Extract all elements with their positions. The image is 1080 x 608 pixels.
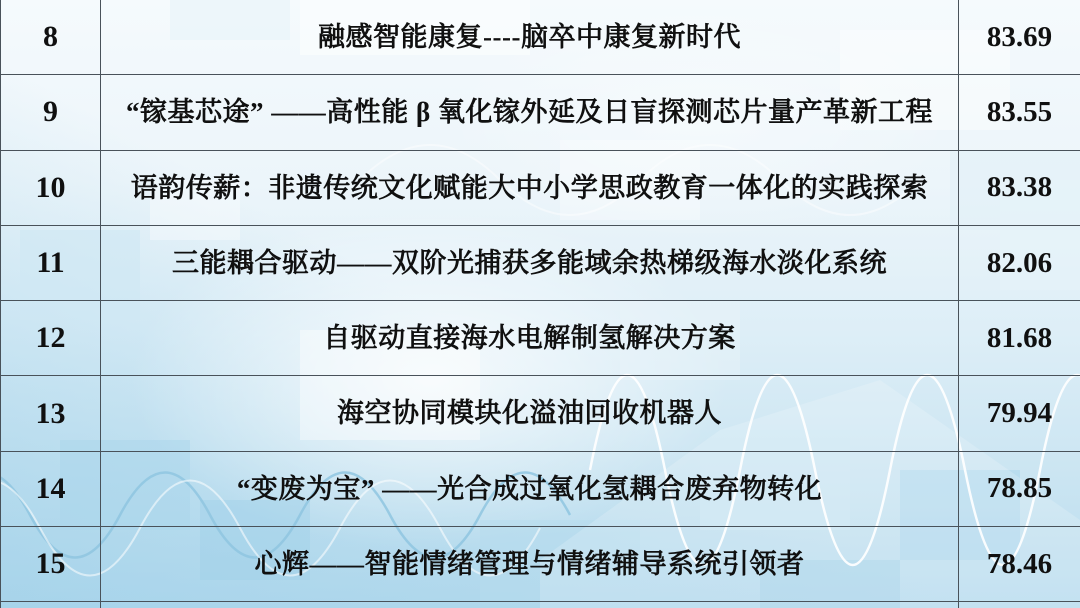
score-cell: 78.46 (958, 527, 1080, 601)
title-cell: 语韵传薪：非遗传统文化赋能大中小学思政教育一体化的实践探索 (101, 151, 958, 225)
score-cell: 83.69 (958, 0, 1080, 74)
title-cell: 三能耦合驱动——双阶光捕获多能域余热梯级海水淡化系统 (101, 226, 958, 300)
rank-cell: 11 (0, 226, 101, 300)
score-cell: 81.68 (958, 301, 1080, 375)
rank-cell: 9 (0, 75, 101, 149)
rank-cell: 14 (0, 452, 101, 526)
table-row: 11 三能耦合驱动——双阶光捕获多能域余热梯级海水淡化系统 82.06 (0, 226, 1080, 301)
rank-cell: 8 (0, 0, 101, 74)
ranking-table: 8 融感智能康复----脑卒中康复新时代 83.69 9 “镓基芯途” ——高性… (0, 0, 1080, 608)
ranking-page: 8 融感智能康复----脑卒中康复新时代 83.69 9 “镓基芯途” ——高性… (0, 0, 1080, 608)
title-cell: “镓基芯途” ——高性能 β 氧化镓外延及日盲探测芯片量产革新工程 (101, 75, 958, 149)
title-cell: 心辉——智能情绪管理与情绪辅导系统引领者 (101, 527, 958, 601)
table-row: 13 海空协同模块化溢油回收机器人 79.94 (0, 376, 1080, 451)
score-cell: 83.55 (958, 75, 1080, 149)
table-row: 8 融感智能康复----脑卒中康复新时代 83.69 (0, 0, 1080, 75)
score-cell: 78.85 (958, 452, 1080, 526)
score-cell: 82.06 (958, 226, 1080, 300)
table-row: 9 “镓基芯途” ——高性能 β 氧化镓外延及日盲探测芯片量产革新工程 83.5… (0, 75, 1080, 150)
table-filler-row (0, 602, 1080, 608)
table-row: 10 语韵传薪：非遗传统文化赋能大中小学思政教育一体化的实践探索 83.38 (0, 151, 1080, 226)
rank-cell-filler (0, 602, 101, 608)
title-cell: “变废为宝” ——光合成过氧化氢耦合废弃物转化 (101, 452, 958, 526)
title-cell: 融感智能康复----脑卒中康复新时代 (101, 0, 958, 74)
title-cell: 自驱动直接海水电解制氢解决方案 (101, 301, 958, 375)
title-cell-filler (101, 602, 958, 608)
table-row: 15 心辉——智能情绪管理与情绪辅导系统引领者 78.46 (0, 527, 1080, 602)
title-cell: 海空协同模块化溢油回收机器人 (101, 376, 958, 450)
table-row: 12 自驱动直接海水电解制氢解决方案 81.68 (0, 301, 1080, 376)
rank-cell: 15 (0, 527, 101, 601)
score-cell-filler (958, 602, 1080, 608)
table-row: 14 “变废为宝” ——光合成过氧化氢耦合废弃物转化 78.85 (0, 452, 1080, 527)
rank-cell: 13 (0, 376, 101, 450)
rank-cell: 12 (0, 301, 101, 375)
score-cell: 83.38 (958, 151, 1080, 225)
score-cell: 79.94 (958, 376, 1080, 450)
rank-cell: 10 (0, 151, 101, 225)
